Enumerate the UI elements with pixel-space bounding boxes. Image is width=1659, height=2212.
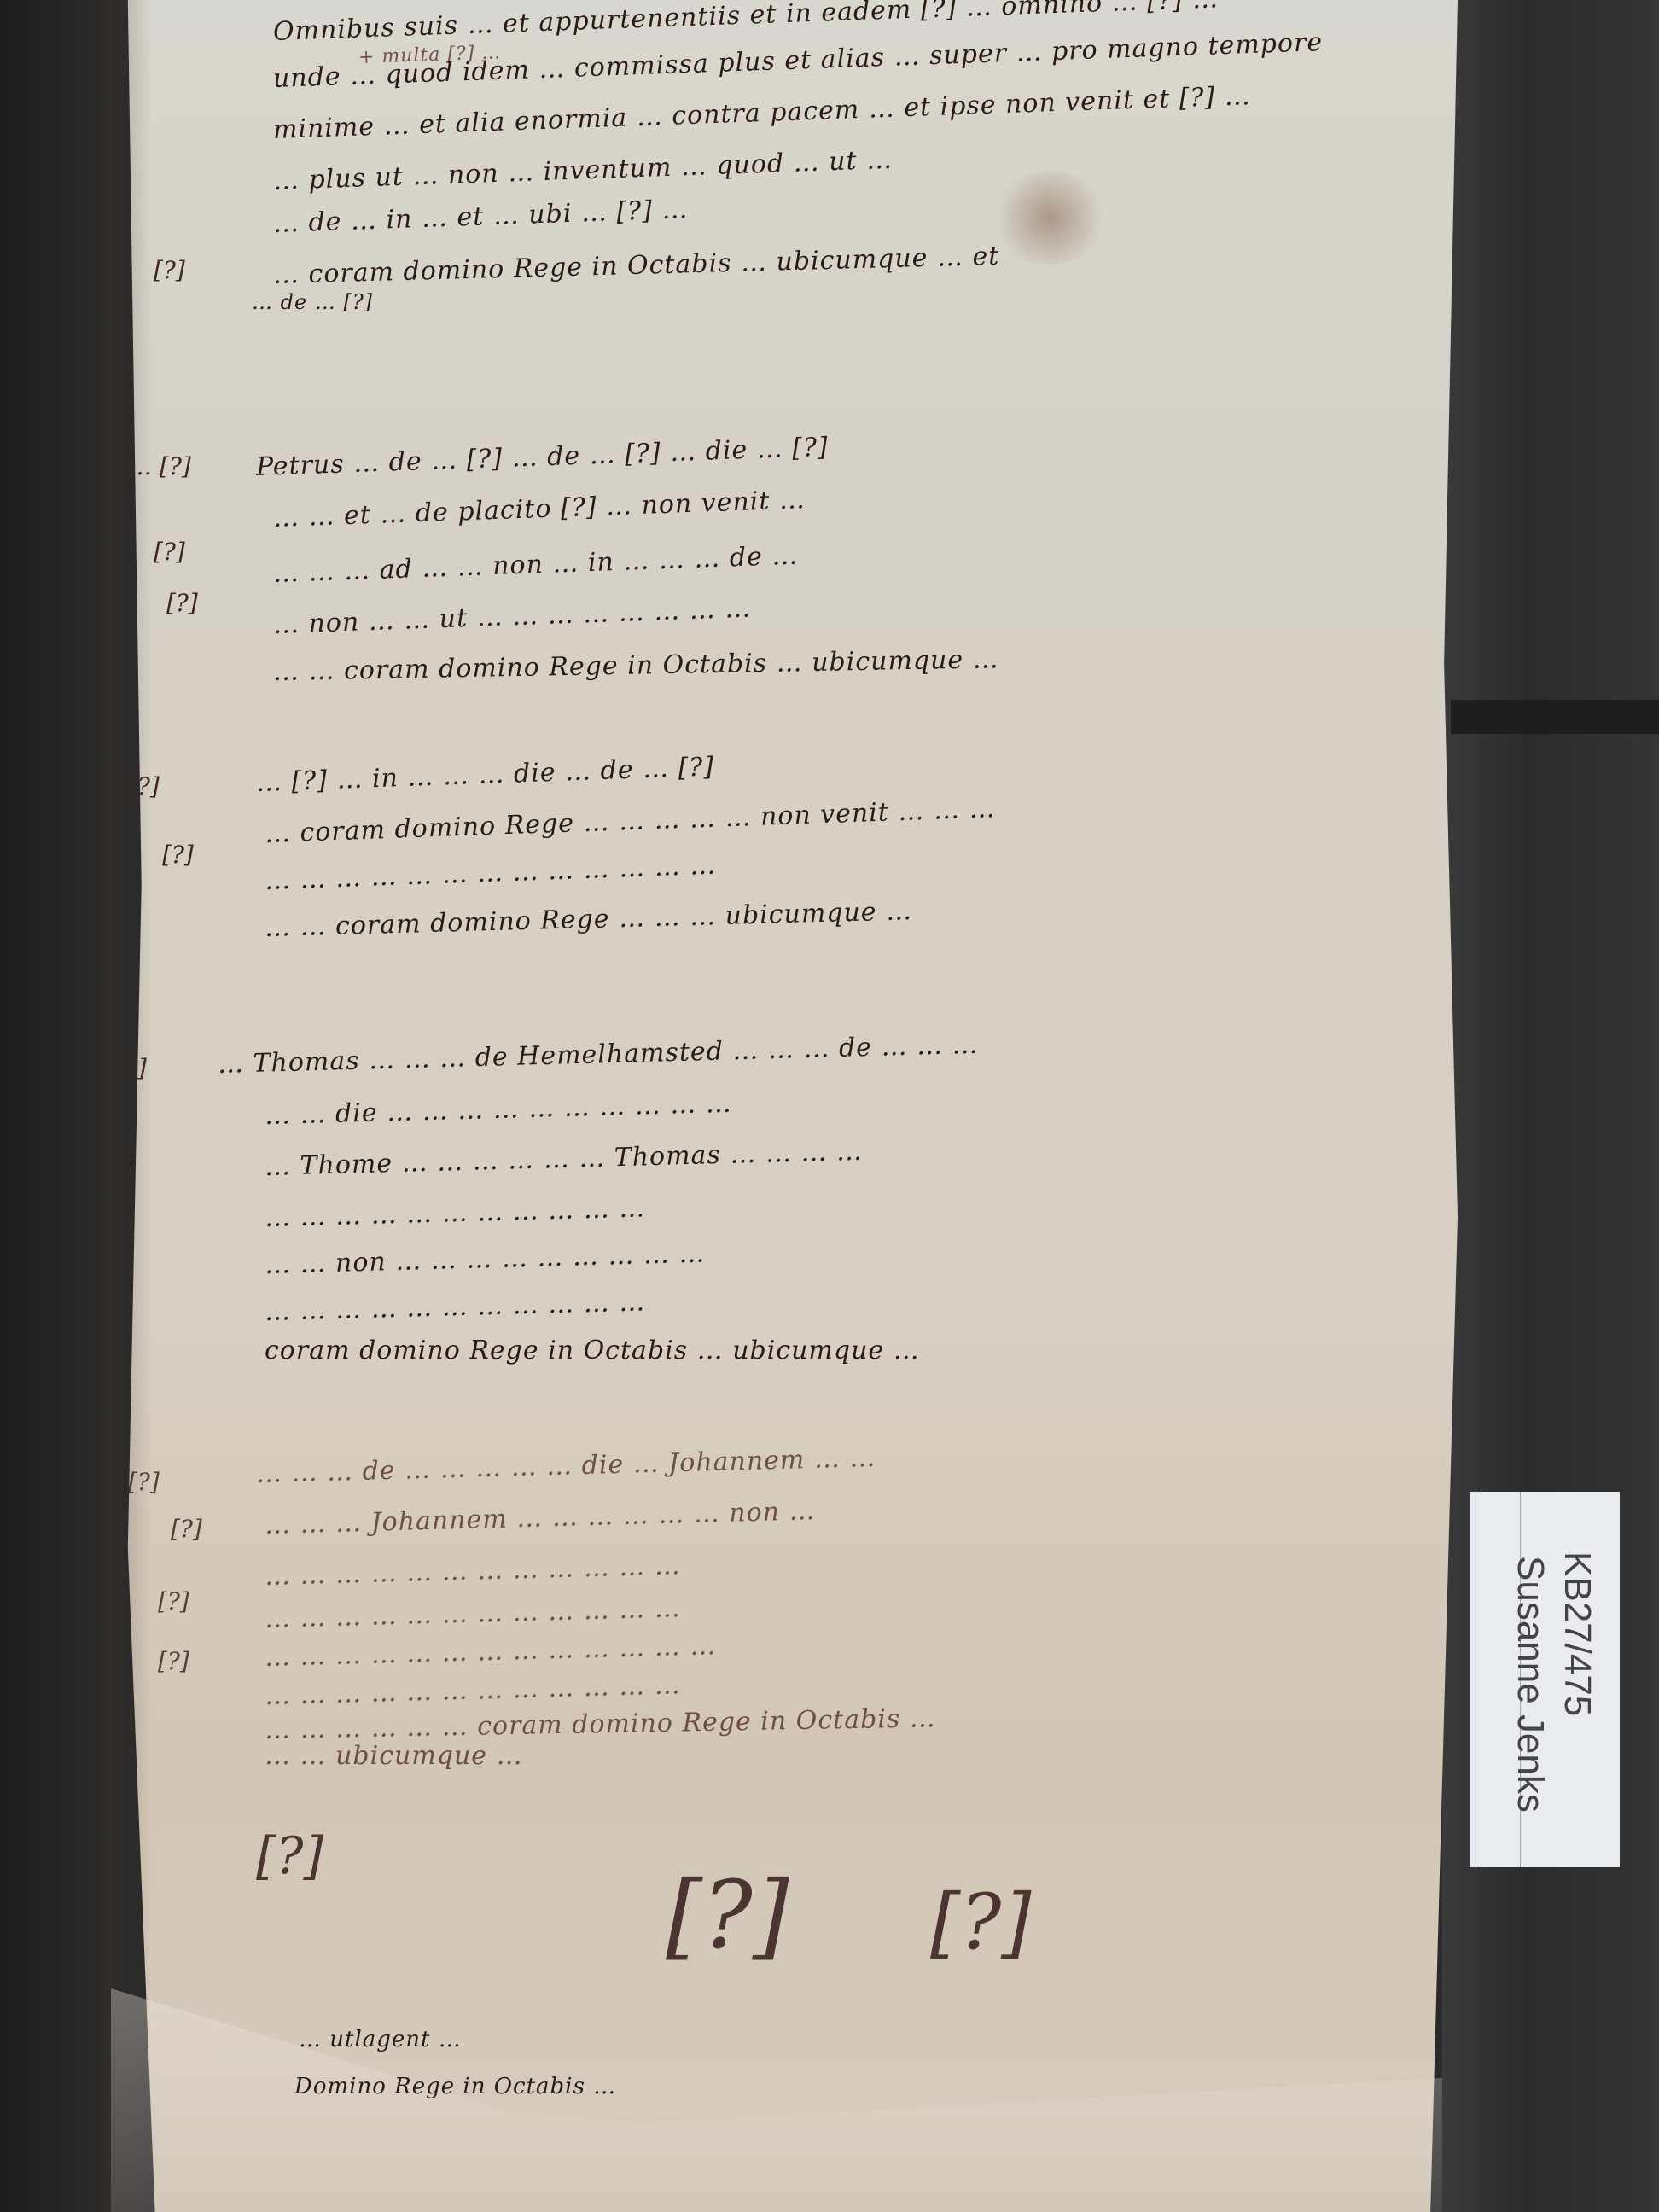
- archive-label: KB27/475 Susanne Jenks: [1470, 1492, 1620, 1867]
- manuscript-line: … … ubicumque …: [265, 1741, 523, 1771]
- background-strip: [1451, 700, 1659, 734]
- manuscript-line: Domino Rege in Octabis …: [294, 2074, 616, 2099]
- margin-note: [?]: [171, 1515, 202, 1543]
- manuscript-line: … utlagent …: [299, 2027, 462, 2052]
- margin-note: [?]: [166, 589, 198, 617]
- margin-note: [?]: [158, 1647, 189, 1675]
- signature-mark: [?]: [930, 1877, 1031, 1967]
- margin-heading: [?]: [128, 772, 160, 800]
- stain: [990, 171, 1109, 265]
- margin-note: [?]: [154, 538, 185, 566]
- archive-reference: KB27/475: [1556, 1551, 1598, 1716]
- manuscript-line: … de … [?]: [252, 290, 373, 314]
- margin-heading: … [?]: [128, 452, 191, 480]
- margin-mark: [?]: [154, 256, 185, 284]
- margin-heading: [?]: [128, 1468, 160, 1496]
- signature-mark: [?]: [256, 1826, 323, 1886]
- margin-heading: [?]: [115, 1054, 147, 1082]
- manuscript-line: coram domino Rege in Octabis … ubicumque…: [265, 1336, 920, 1365]
- archive-name: Susanne Jenks: [1509, 1556, 1551, 1813]
- margin-note: [?]: [158, 1587, 189, 1615]
- parchment-shadow: [101, 0, 152, 2212]
- background-left: [0, 0, 111, 2212]
- background-right: [1442, 0, 1659, 2212]
- margin-note: [?]: [162, 841, 194, 869]
- label-rule: [1481, 1492, 1481, 1867]
- signature-mark: [?]: [666, 1860, 789, 1970]
